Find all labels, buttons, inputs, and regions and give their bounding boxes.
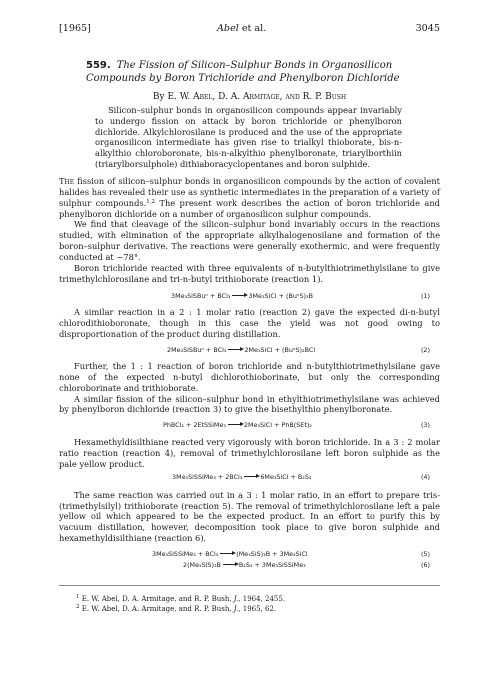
abstract: Silicon–sulphur bonds in organosilicon c… — [95, 105, 402, 170]
equation-4-lhs: 3Me₃SiSSiMe₃ + 2BCl₃ — [172, 473, 242, 481]
reaction-arrow-icon — [223, 564, 237, 565]
equation-6: 2(Me₃SiS)₃BB₂S₃ + 3Me₃SiSSiMe₃ (6) — [59, 560, 440, 571]
equation-5-number: (5) — [421, 549, 430, 560]
reaction-arrow-icon — [228, 349, 242, 350]
page-number: 3045 — [416, 22, 440, 36]
footnote-1-citation: , 1964, 2455. — [238, 595, 285, 603]
equation-2-rhs: 2Me₃SiCl + (BuⁿS)₂BCl — [244, 346, 315, 354]
reaction-arrow-icon — [244, 476, 258, 477]
paragraph-cleavage: We find that cleavage of the silicon–sul… — [59, 219, 440, 262]
equation-4-rhs: 6Me₃SiCl + B₂S₃ — [260, 473, 311, 481]
footnote-1-authors: E. W. Abel, D. A. Armitage, and R. P. Bu… — [80, 595, 234, 603]
footnotes: 1 E. W. Abel, D. A. Armitage, and R. P. … — [76, 595, 440, 614]
footnote-2-citation: , 1965, 62. — [238, 605, 276, 613]
reaction-arrow-icon — [220, 553, 234, 554]
equation-3-rhs: 2Me₃SiCl + PhB(SEt)₂ — [244, 421, 312, 429]
equation-5-rhs: (Me₃SiS)₃B + 3Me₃SiCl — [236, 550, 307, 558]
equation-4-number: (4) — [421, 471, 430, 484]
reaction-arrow-icon — [232, 295, 246, 296]
equation-1-number: (1) — [421, 290, 430, 303]
article-number: 559. — [86, 60, 111, 71]
footnote-divider — [59, 585, 440, 586]
equation-4: 3Me₃SiSSiMe₃ + 2BCl₃6Me₃SiCl + B₂S₃ (4) — [59, 471, 440, 484]
equation-2-number: (2) — [421, 344, 430, 357]
paragraph-lead-word: The — [59, 176, 74, 186]
paragraph-three-to-one: The same reaction was carried out in a 3… — [59, 490, 440, 544]
paragraph-boron-trichloride: Boron trichloride reacted with three equ… — [59, 263, 440, 285]
running-author: Abel et al. — [217, 22, 266, 36]
paragraph-phenylboron: A similar fission of the silicon–sulphur… — [59, 394, 440, 416]
author-by: By — [153, 92, 168, 102]
equation-3: PhBCl₂ + 2EtSSiMe₃2Me₃SiCl + PhB(SEt)₂ (… — [59, 419, 440, 432]
equation-1-lhs: 3Me₃SiSBuⁿ + BCl₃ — [171, 292, 230, 300]
reaction-arrow-icon — [228, 424, 242, 425]
reference-markers[interactable]: 1,2 — [146, 199, 155, 205]
equation-2-lhs: 2Me₃SiSBuⁿ + BCl₃ — [167, 346, 226, 354]
journal-year: [1965] — [59, 22, 91, 36]
equation-5-lhs: 3Me₃SiSSiMe₃ + BCl₃ — [152, 550, 218, 558]
equation-1: 3Me₃SiSBuⁿ + BCl₃3Me₃SiCl + (BuⁿS)₃B (1) — [59, 290, 440, 303]
author-line: By E. W. Abel, D. A. Armitage, and R. P.… — [59, 91, 440, 103]
equation-5: 3Me₃SiSSiMe₃ + BCl₃(Me₃SiS)₃B + 3Me₃SiCl… — [59, 549, 440, 560]
running-author-rest: et al. — [239, 23, 266, 34]
equation-2: 2Me₃SiSBuⁿ + BCl₃2Me₃SiCl + (BuⁿS)₂BCl (… — [59, 344, 440, 357]
running-head: [1965] Abel et al. 3045 — [59, 22, 440, 36]
footnote-1: 1 E. W. Abel, D. A. Armitage, and R. P. … — [76, 595, 440, 605]
equation-3-number: (3) — [421, 419, 430, 432]
footnote-2: 2 E. W. Abel, D. A. Armitage, and R. P. … — [76, 605, 440, 615]
running-author-italic: Abel — [217, 23, 239, 34]
article-body: The fission of silicon–sulphur bonds in … — [59, 176, 440, 571]
equation-1-rhs: 3Me₃SiCl + (BuⁿS)₃B — [248, 292, 313, 300]
equation-3-lhs: PhBCl₂ + 2EtSSiMe₃ — [163, 421, 226, 429]
equation-6-lhs: 2(Me₃SiS)₃B — [183, 561, 221, 569]
author-names: E. W. Abel, D. A. Armitage, and R. P. Bu… — [167, 92, 346, 102]
paragraph-intro: The fission of silicon–sulphur bonds in … — [59, 176, 440, 219]
equation-6-number: (6) — [421, 560, 430, 571]
equation-6-rhs: B₂S₃ + 3Me₃SiSSiMe₃ — [239, 561, 306, 569]
abstract-text: Silicon–sulphur bonds in organosilicon c… — [95, 105, 402, 170]
paragraph-one-to-one: Further, the 1 : 1 reaction of boron tri… — [59, 361, 440, 394]
article-title-text: The Fission of Silicon–Sulphur Bonds in … — [86, 60, 400, 84]
footnote-2-authors: E. W. Abel, D. A. Armitage, and R. P. Bu… — [80, 605, 234, 613]
article-title: 559.The Fission of Silicon–Sulphur Bonds… — [86, 59, 416, 86]
paragraph-hexamethyldisilthiane: Hexamethyldisilthiane reacted very vigor… — [59, 437, 440, 470]
paragraph-molar-ratio: A similar reaction in a 2 : 1 molar rati… — [59, 307, 440, 340]
